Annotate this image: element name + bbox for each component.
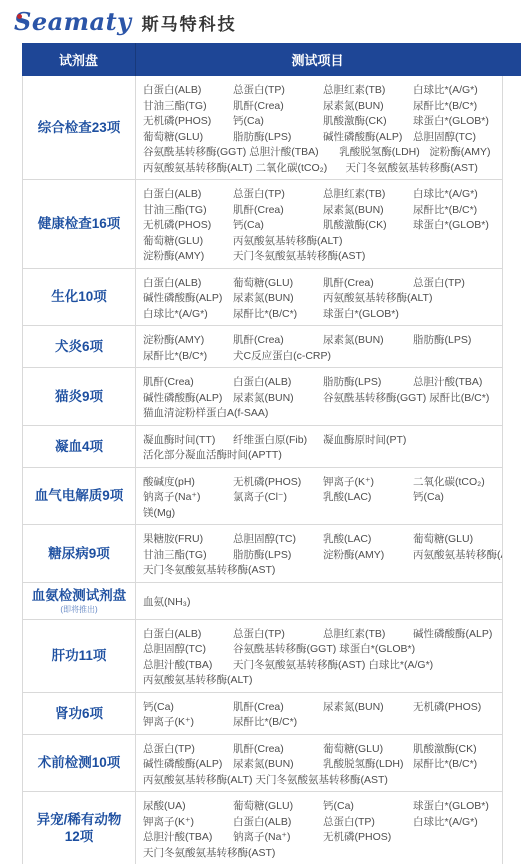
table-row: 综合检查23项白蛋白(ALB)总蛋白(TP)总胆红素(TB)白球比*(A/G*)… [23, 76, 502, 179]
panel-name-line: 生化10项 [51, 288, 107, 305]
panel-name: 肝功11项 [23, 620, 136, 692]
test-item: 犬C反应蛋白(c-CRP) [233, 349, 331, 365]
test-items-cell: 白蛋白(ALB)葡萄糖(GLU)肌酐(Crea)总蛋白(TP)碱性磷酸酶(ALP… [136, 269, 502, 326]
table-row: 血气电解质9项酸碱度(pH)无机磷(PHOS)钾离子(K⁺)二氧化碳(tCO₂)… [23, 467, 502, 525]
test-items-line: 白蛋白(ALB)总蛋白(TP)总胆红素(TB)白球比*(A/G*) [143, 81, 500, 97]
test-items-line: 葡萄糖(GLU)脂肪酶(LPS)碱性磷酸酶(ALP)总胆固醇(TC) [143, 128, 500, 144]
panel-name: 犬炎6项 [23, 326, 136, 367]
panel-name-line: 血氨检测试剂盘 [32, 587, 127, 604]
test-items-line: 天门冬氨酸氨基转移酶(AST) [143, 561, 500, 577]
test-items-line: 血氨(NH₃) [143, 593, 500, 609]
test-items-line: 丙氨酸氨基转移酶(ALT) [143, 671, 500, 687]
seamaty-logo: Seamaty [14, 8, 132, 36]
table-row: 肾功6项钙(Ca)肌酐(Crea)尿素氮(BUN)无机磷(PHOS)钾离子(K⁺… [23, 692, 502, 734]
test-items-line: 无机磷(PHOS)钙(Ca)肌酸激酶(CK)球蛋白*(GLOB*) [143, 112, 500, 128]
test-items-line: 白蛋白(ALB)总蛋白(TP)总胆红素(TB)碱性磷酸酶(ALP) [143, 625, 500, 641]
test-item: 天门冬氨酸氨基转移酶(AST) [143, 563, 275, 579]
test-items-line: 钠离子(Na⁺)氯离子(Cl⁻)乳酸(LAC)钙(Ca) [143, 488, 500, 504]
reagent-disc-table: 试剂盘 测试项目 综合检查23项白蛋白(ALB)总蛋白(TP)总胆红素(TB)白… [22, 43, 521, 864]
test-item: 钾离子(K⁺) [143, 715, 230, 731]
test-item: 活化部分凝血活酶时间(APTT) [143, 448, 282, 464]
panel-name-line: 综合检查23项 [38, 119, 121, 136]
table-header-row: 试剂盘 测试项目 [22, 43, 521, 76]
panel-name: 肾功6项 [23, 693, 136, 734]
panel-name: 血氨检测试剂盘(即将推出) [23, 583, 136, 619]
test-item: 丙氨酸氨基转移酶(ALT) [143, 673, 252, 689]
table-body: 综合检查23项白蛋白(ALB)总蛋白(TP)总胆红素(TB)白球比*(A/G*)… [22, 76, 503, 864]
test-items-line: 淀粉酶(AMY)肌酐(Crea)尿素氮(BUN)脂肪酶(LPS) [143, 331, 500, 347]
panel-name: 术前检测10项 [23, 735, 136, 792]
test-items-cell: 血氨(NH₃) [136, 583, 502, 619]
test-items-line: 丙氨酸氨基转移酶(ALT)天门冬氨酸氨基转移酶(AST) [143, 771, 500, 787]
panel-name-line: 猫炎9项 [55, 388, 103, 405]
panel-name: 糖尿病9项 [23, 525, 136, 582]
test-items-cell: 总蛋白(TP)肌酐(Crea)葡萄糖(GLU)肌酸激酶(CK)碱性磷酸酶(ALP… [136, 735, 502, 792]
test-items-line: 白蛋白(ALB)葡萄糖(GLU)肌酐(Crea)总蛋白(TP) [143, 274, 500, 290]
test-items-line: 甘油三酯(TG)脂肪酶(LPS)淀粉酶(AMY)丙氨酸氨基转移酶(ALT) [143, 546, 500, 562]
test-items-line: 酸碱度(pH)无机磷(PHOS)钾离子(K⁺)二氧化碳(tCO₂) [143, 473, 500, 489]
test-items-line: 甘油三酯(TG)肌酐(Crea)尿素氮(BUN)尿酐比*(B/C*) [143, 97, 500, 113]
test-items-cell: 淀粉酶(AMY)肌酐(Crea)尿素氮(BUN)脂肪酶(LPS)尿酐比*(B/C… [136, 326, 502, 367]
test-item: 天门冬氨酸氨基转移酶(AST) [255, 773, 387, 789]
table-row: 凝血4项凝血酶时间(TT)纤维蛋白原(Fib)凝血酶原时间(PT)活化部分凝血活… [23, 425, 502, 467]
brand-header: Seamaty 斯马特科技 [14, 8, 237, 36]
test-item: 血氨(NH₃) [143, 595, 230, 611]
panel-name: 异宠/稀有动物12项 [23, 792, 136, 864]
panel-name: 血气电解质9项 [23, 468, 136, 525]
test-item: 球蛋白*(GLOB*) [323, 307, 410, 323]
panel-name-line: 肝功11项 [52, 647, 107, 664]
test-items-line: 天门冬氨酸氨基转移酶(AST) [143, 844, 500, 860]
test-items-line: 猫血清淀粉样蛋白A(f-SAA) [143, 404, 500, 420]
test-item: 天门冬氨酸氨基转移酶(AST) [143, 846, 275, 862]
test-item: 尿酐比*(B/C*) [233, 715, 320, 731]
test-item: 猫血清淀粉样蛋白A(f-SAA) [143, 406, 268, 422]
test-item: 天门冬氨酸氨基转移酶(AST) [345, 161, 477, 177]
test-items-line: 尿酸(UA)葡萄糖(GLU)钙(Ca)球蛋白*(GLOB*) [143, 797, 500, 813]
panel-name-line: 异宠/稀有动物 [37, 811, 122, 828]
test-items-line: 谷氨酰基转移酶(GGT)总胆汁酸(TBA)乳酸脱氢酶(LDH)淀粉酶(AMY) [143, 143, 500, 159]
test-items-line: 淀粉酶(AMY)天门冬氨酸氨基转移酶(AST) [143, 247, 500, 263]
test-items-line: 镁(Mg) [143, 504, 500, 520]
header-test-items: 测试项目 [135, 43, 521, 76]
test-items-cell: 白蛋白(ALB)总蛋白(TP)总胆红素(TB)碱性磷酸酶(ALP)总胆固醇(TC… [136, 620, 502, 692]
test-items-cell: 尿酸(UA)葡萄糖(GLU)钙(Ca)球蛋白*(GLOB*)钾离子(K⁺)白蛋白… [136, 792, 502, 864]
panel-name: 猫炎9项 [23, 368, 136, 425]
test-items-line: 钾离子(K⁺)白蛋白(ALB)总蛋白(TP)白球比*(A/G*) [143, 813, 500, 829]
test-items-line: 甘油三酯(TG)肌酐(Crea)尿素氮(BUN)尿酐比*(B/C*) [143, 201, 500, 217]
panel-name-line: 凝血4项 [55, 438, 103, 455]
panel-name-line: 犬炎6项 [55, 338, 103, 355]
test-items-line: 总胆汁酸(TBA)钠离子(Na⁺)无机磷(PHOS) [143, 828, 500, 844]
test-items-cell: 白蛋白(ALB)总蛋白(TP)总胆红素(TB)白球比*(A/G*)甘油三酯(TG… [136, 76, 502, 179]
test-items-line: 果糖胺(FRU)总胆固醇(TC)乳酸(LAC)葡萄糖(GLU) [143, 530, 500, 546]
test-items-cell: 钙(Ca)肌酐(Crea)尿素氮(BUN)无机磷(PHOS)钾离子(K⁺)尿酐比… [136, 693, 502, 734]
test-item: 淀粉酶(AMY) [143, 249, 230, 265]
test-items-line: 钙(Ca)肌酐(Crea)尿素氮(BUN)无机磷(PHOS) [143, 698, 500, 714]
test-items-line: 碱性磷酸酶(ALP)尿素氮(BUN)丙氨酸氨基转移酶(ALT) [143, 289, 500, 305]
table-row: 生化10项白蛋白(ALB)葡萄糖(GLU)肌酐(Crea)总蛋白(TP)碱性磷酸… [23, 268, 502, 326]
test-items-line: 总蛋白(TP)肌酐(Crea)葡萄糖(GLU)肌酸激酶(CK) [143, 740, 500, 756]
test-items-cell: 白蛋白(ALB)总蛋白(TP)总胆红素(TB)白球比*(A/G*)甘油三酯(TG… [136, 180, 502, 268]
test-items-line: 白球比*(A/G*)尿酐比*(B/C*)球蛋白*(GLOB*) [143, 305, 500, 321]
logo-text: Seamaty [14, 7, 132, 36]
panel-name-line: 糖尿病9项 [48, 545, 110, 562]
panel-name-line: 肾功6项 [55, 705, 103, 722]
test-items-cell: 酸碱度(pH)无机磷(PHOS)钾离子(K⁺)二氧化碳(tCO₂)钠离子(Na⁺… [136, 468, 502, 525]
company-name: 斯马特科技 [142, 10, 237, 35]
page: Seamaty 斯马特科技 试剂盘 测试项目 综合检查23项白蛋白(ALB)总蛋… [0, 0, 521, 864]
panel-name: 凝血4项 [23, 426, 136, 467]
test-item: 丙氨酸氨基转移酶(ALT) [143, 773, 252, 789]
panel-name: 生化10项 [23, 269, 136, 326]
panel-name: 健康检查16项 [23, 180, 136, 268]
table-row: 犬炎6项淀粉酶(AMY)肌酐(Crea)尿素氮(BUN)脂肪酶(LPS)尿酐比*… [23, 325, 502, 367]
panel-name-line: 健康检查16项 [38, 215, 121, 232]
test-items-cell: 果糖胺(FRU)总胆固醇(TC)乳酸(LAC)葡萄糖(GLU)甘油三酯(TG)脂… [136, 525, 502, 582]
panel-name: 综合检查23项 [23, 76, 136, 179]
test-item: 尿酐比*(B/C*) [233, 307, 320, 323]
table-row: 健康检查16项白蛋白(ALB)总蛋白(TP)总胆红素(TB)白球比*(A/G*)… [23, 179, 502, 268]
panel-name-line: 血气电解质9项 [35, 487, 124, 504]
test-item: 镁(Mg) [143, 506, 230, 522]
test-items-line: 白蛋白(ALB)总蛋白(TP)总胆红素(TB)白球比*(A/G*) [143, 185, 500, 201]
test-items-line: 总胆汁酸(TBA)天门冬氨酸氨基转移酶(AST)白球比*(A/G*) [143, 656, 500, 672]
panel-note: (即将推出) [60, 605, 97, 615]
table-row: 猫炎9项肌酐(Crea)白蛋白(ALB)脂肪酶(LPS)总胆汁酸(TBA)碱性磷… [23, 367, 502, 425]
panel-name-line: 12项 [65, 828, 94, 845]
test-item: 二氧化碳(tCO₂) [255, 161, 342, 177]
test-items-line: 钾离子(K⁺)尿酐比*(B/C*) [143, 713, 500, 729]
table-row: 术前检测10项总蛋白(TP)肌酐(Crea)葡萄糖(GLU)肌酸激酶(CK)碱性… [23, 734, 502, 792]
test-items-line: 尿酐比*(B/C*)犬C反应蛋白(c-CRP) [143, 347, 500, 363]
test-item: 尿酐比*(B/C*) [143, 349, 230, 365]
table-row: 肝功11项白蛋白(ALB)总蛋白(TP)总胆红素(TB)碱性磷酸酶(ALP)总胆… [23, 619, 502, 692]
test-items-line: 肌酐(Crea)白蛋白(ALB)脂肪酶(LPS)总胆汁酸(TBA) [143, 373, 500, 389]
panel-name-line: 术前检测10项 [38, 754, 121, 771]
test-item: 白球比*(A/G*) [143, 307, 230, 323]
test-items-line: 葡萄糖(GLU)丙氨酸氨基转移酶(ALT) [143, 232, 500, 248]
test-item: 丙氨酸氨基转移酶(ALT) [143, 161, 252, 177]
table-row: 血氨检测试剂盘(即将推出)血氨(NH₃) [23, 582, 502, 619]
test-items-cell: 凝血酶时间(TT)纤维蛋白原(Fib)凝血酶原时间(PT)活化部分凝血活酶时间(… [136, 426, 502, 467]
test-items-line: 无机磷(PHOS)钙(Ca)肌酸激酶(CK)球蛋白*(GLOB*) [143, 216, 500, 232]
test-item: 天门冬氨酸氨基转移酶(AST) [233, 249, 365, 265]
test-items-line: 活化部分凝血活酶时间(APTT) [143, 446, 500, 462]
test-items-line: 凝血酶时间(TT)纤维蛋白原(Fib)凝血酶原时间(PT) [143, 431, 500, 447]
test-items-line: 丙氨酸氨基转移酶(ALT)二氧化碳(tCO₂)天门冬氨酸氨基转移酶(AST) [143, 159, 500, 175]
header-reagent-disc: 试剂盘 [22, 43, 135, 76]
logo-red-dot-icon [17, 14, 22, 19]
test-items-line: 碱性磷酸酶(ALP)尿素氮(BUN)乳酸脱氢酶(LDH)尿酐比*(B/C*) [143, 755, 500, 771]
table-row: 糖尿病9项果糖胺(FRU)总胆固醇(TC)乳酸(LAC)葡萄糖(GLU)甘油三酯… [23, 524, 502, 582]
test-items-line: 碱性磷酸酶(ALP)尿素氮(BUN)谷氨酰基转移酶(GGT)尿酐比(B/C*) [143, 389, 500, 405]
test-items-cell: 肌酐(Crea)白蛋白(ALB)脂肪酶(LPS)总胆汁酸(TBA)碱性磷酸酶(A… [136, 368, 502, 425]
test-items-line: 总胆固醇(TC)谷氨酰基转移酶(GGT)球蛋白*(GLOB*) [143, 640, 500, 656]
table-row: 异宠/稀有动物12项尿酸(UA)葡萄糖(GLU)钙(Ca)球蛋白*(GLOB*)… [23, 791, 502, 864]
